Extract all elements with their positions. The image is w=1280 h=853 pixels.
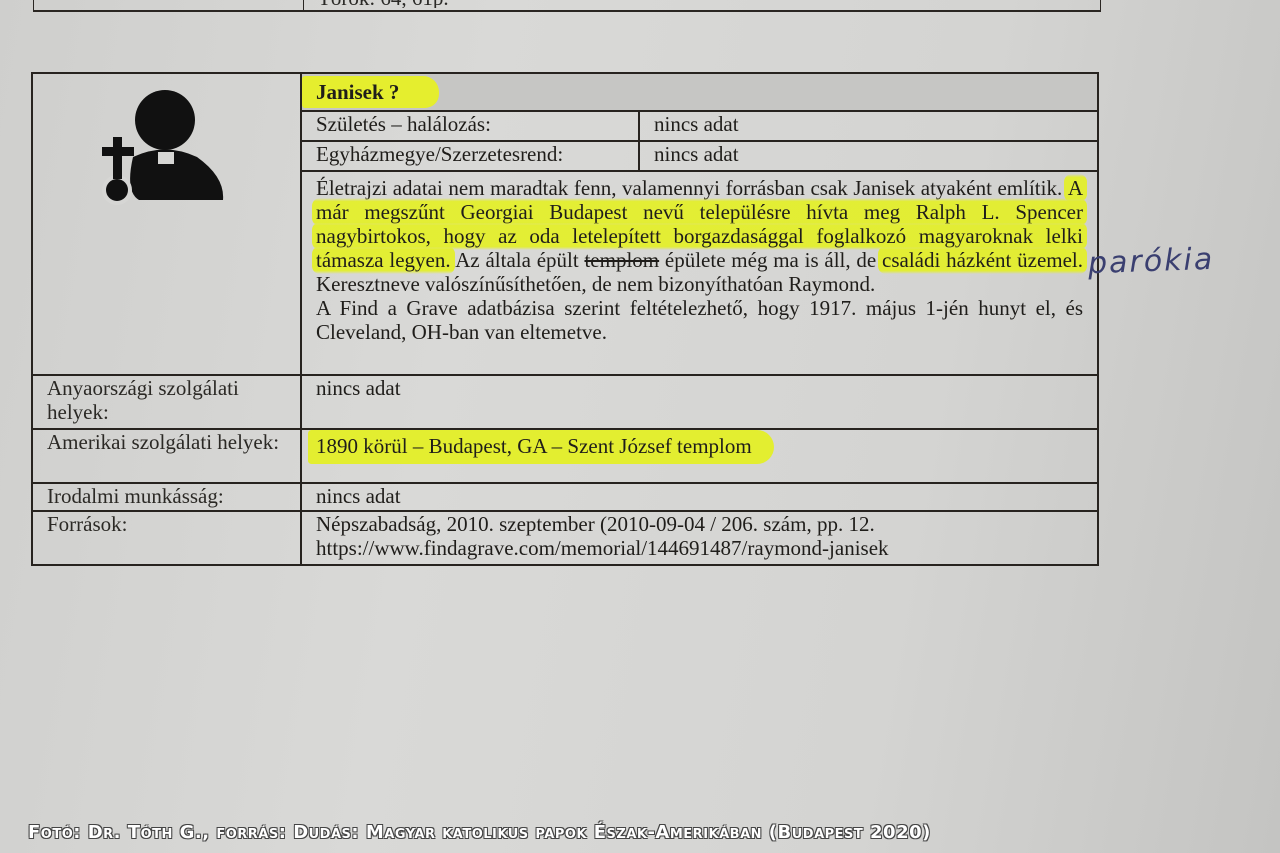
row-value: 1890 körül – Budapest, GA – Szent József… — [301, 429, 1098, 483]
priest-record-table: Janisek ? Születés – halálozás: nincs ad… — [31, 72, 1099, 566]
icon-cell — [32, 73, 301, 375]
field-value: nincs adat — [639, 141, 1098, 171]
row-label: Források: — [32, 511, 301, 565]
source-citation: Népszabadság, 2010. szeptember (2010-09-… — [316, 512, 1083, 536]
sources-value: Népszabadság, 2010. szeptember (2010-09-… — [301, 511, 1098, 565]
previous-table-divider — [303, 0, 304, 10]
highlighted-text: családi házként üzemel. — [878, 246, 1087, 274]
bio-paragraph-2: A Find a Grave adatbázisa szerint feltét… — [316, 296, 1083, 344]
photo-credit: Fotó: Dr. Tóth G., forrás: Dudás: Magyar… — [28, 822, 931, 843]
field-label: Egyházmegye/Szerzetesrend: — [301, 141, 639, 171]
previous-table-edge — [33, 0, 1101, 12]
highlighted-text: 1890 körül – Budapest, GA – Szent József… — [308, 430, 774, 464]
field-label: Születés – halálozás: — [301, 111, 639, 141]
source-url: https://www.findagrave.com/memorial/1446… — [316, 536, 1083, 560]
row-label: Anyaországi szolgálati helyek: — [32, 375, 301, 429]
row-value: nincs adat — [301, 375, 1098, 429]
row-label: Irodalmi munkásság: — [32, 483, 301, 511]
previous-table-fragment: Török: 64, 61p. — [318, 0, 449, 8]
field-value: nincs adat — [639, 111, 1098, 141]
struck-word: templom — [584, 248, 659, 272]
priest-with-cross-icon — [95, 82, 235, 210]
priest-name: Janisek ? — [302, 76, 439, 108]
row-value: nincs adat — [301, 483, 1098, 511]
biography: Életrajzi adatai nem maradtak fenn, vala… — [301, 171, 1098, 375]
priest-name-header: Janisek ? — [301, 73, 1098, 111]
bio-paragraph-1: Életrajzi adatai nem maradtak fenn, vala… — [316, 176, 1083, 296]
row-label: Amerikai szolgálati helyek: — [32, 429, 301, 483]
handwritten-correction: parókia — [1087, 242, 1214, 281]
